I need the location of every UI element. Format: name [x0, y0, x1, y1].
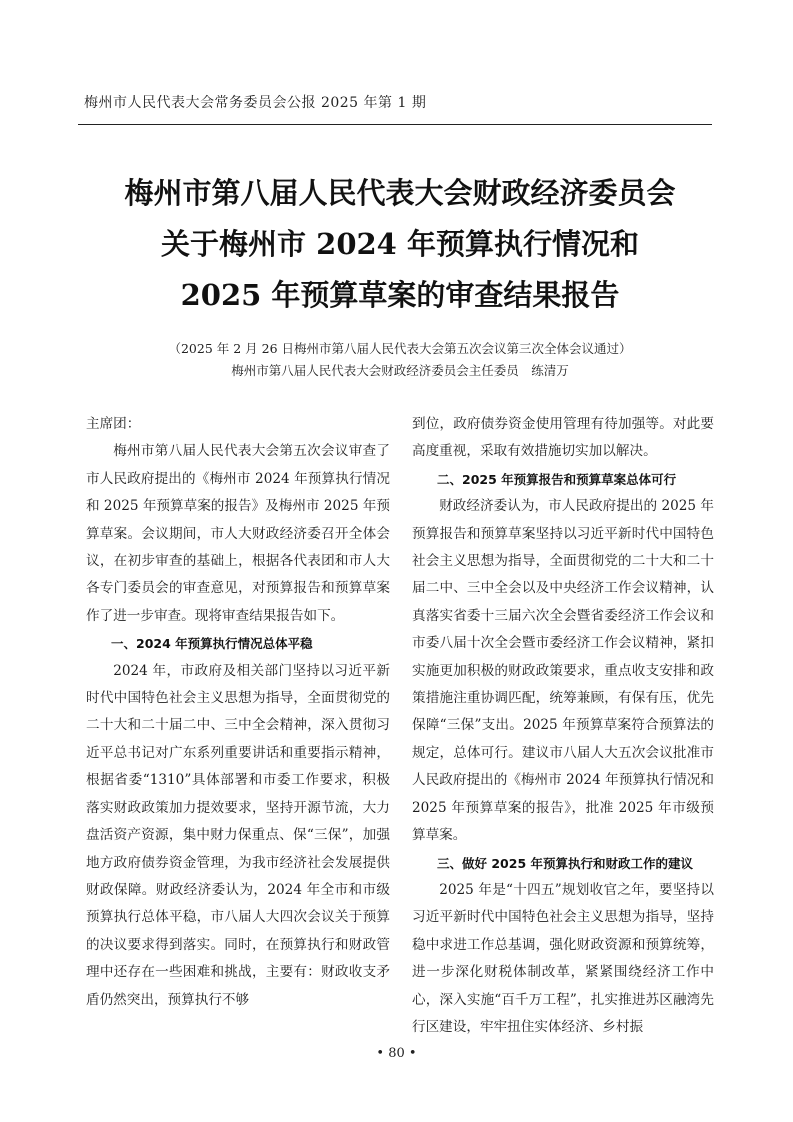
adoption-note: （2025 年 2 月 26 日梅州市第八届人民代表大会第五次会议第三次全体会议…	[60, 338, 740, 360]
section-3-paragraph-1: 2025 年是“十四五”规划收官之年，要坚持以习近平新时代中国特色社会主义思想为…	[412, 877, 714, 1041]
document-title: 梅州市第八届人民代表大会财政经济委员会 关于梅州市 2024 年预算执行情况和 …	[60, 168, 740, 321]
section-1-heading: 一、2024 年预算执行情况总体平稳	[86, 630, 390, 657]
salutation: 主席团：	[86, 411, 390, 438]
page-number: • 80 •	[0, 1046, 793, 1061]
section-2-heading: 二、2025 年预算报告和预算草案总体可行	[412, 466, 714, 493]
intro-paragraph: 梅州市第八届人民代表大会第五次会议审查了市人民政府提出的《梅州市 2024 年预…	[86, 438, 390, 630]
left-column: 主席团： 梅州市第八届人民代表大会第五次会议审查了市人民政府提出的《梅州市 20…	[86, 411, 390, 1014]
section-2-paragraph-1: 财政经济委认为，市人民政府提出的 2025 年预算报告和预算草案坚持以习近平新时…	[412, 493, 714, 849]
title-line-1: 梅州市第八届人民代表大会财政经济委员会	[60, 168, 740, 219]
author-line: 梅州市第八届人民代表大会财政经济委员会主任委员 练清万	[60, 360, 740, 382]
section-1-paragraph-2: 到位，政府债券资金使用管理有待加强等。对此要高度重视，采取有效措施切实加以解决。	[412, 411, 714, 466]
header-divider	[78, 124, 712, 125]
section-3-heading: 三、做好 2025 年预算执行和财政工作的建议	[412, 850, 714, 877]
right-column: 到位，政府债券资金使用管理有待加强等。对此要高度重视，采取有效措施切实加以解决。…	[412, 411, 714, 1041]
title-line-2: 关于梅州市 2024 年预算执行情况和	[60, 219, 740, 270]
running-header: 梅州市人民代表大会常务委员会公报 2025 年第 1 期	[84, 92, 733, 112]
subtitle-block: （2025 年 2 月 26 日梅州市第八届人民代表大会第五次会议第三次全体会议…	[60, 338, 740, 382]
section-1-paragraph-1: 2024 年，市政府及相关部门坚持以习近平新时代中国特色社会主义思想为指导，全面…	[86, 658, 390, 1014]
title-line-3: 2025 年预算草案的审查结果报告	[60, 270, 740, 321]
